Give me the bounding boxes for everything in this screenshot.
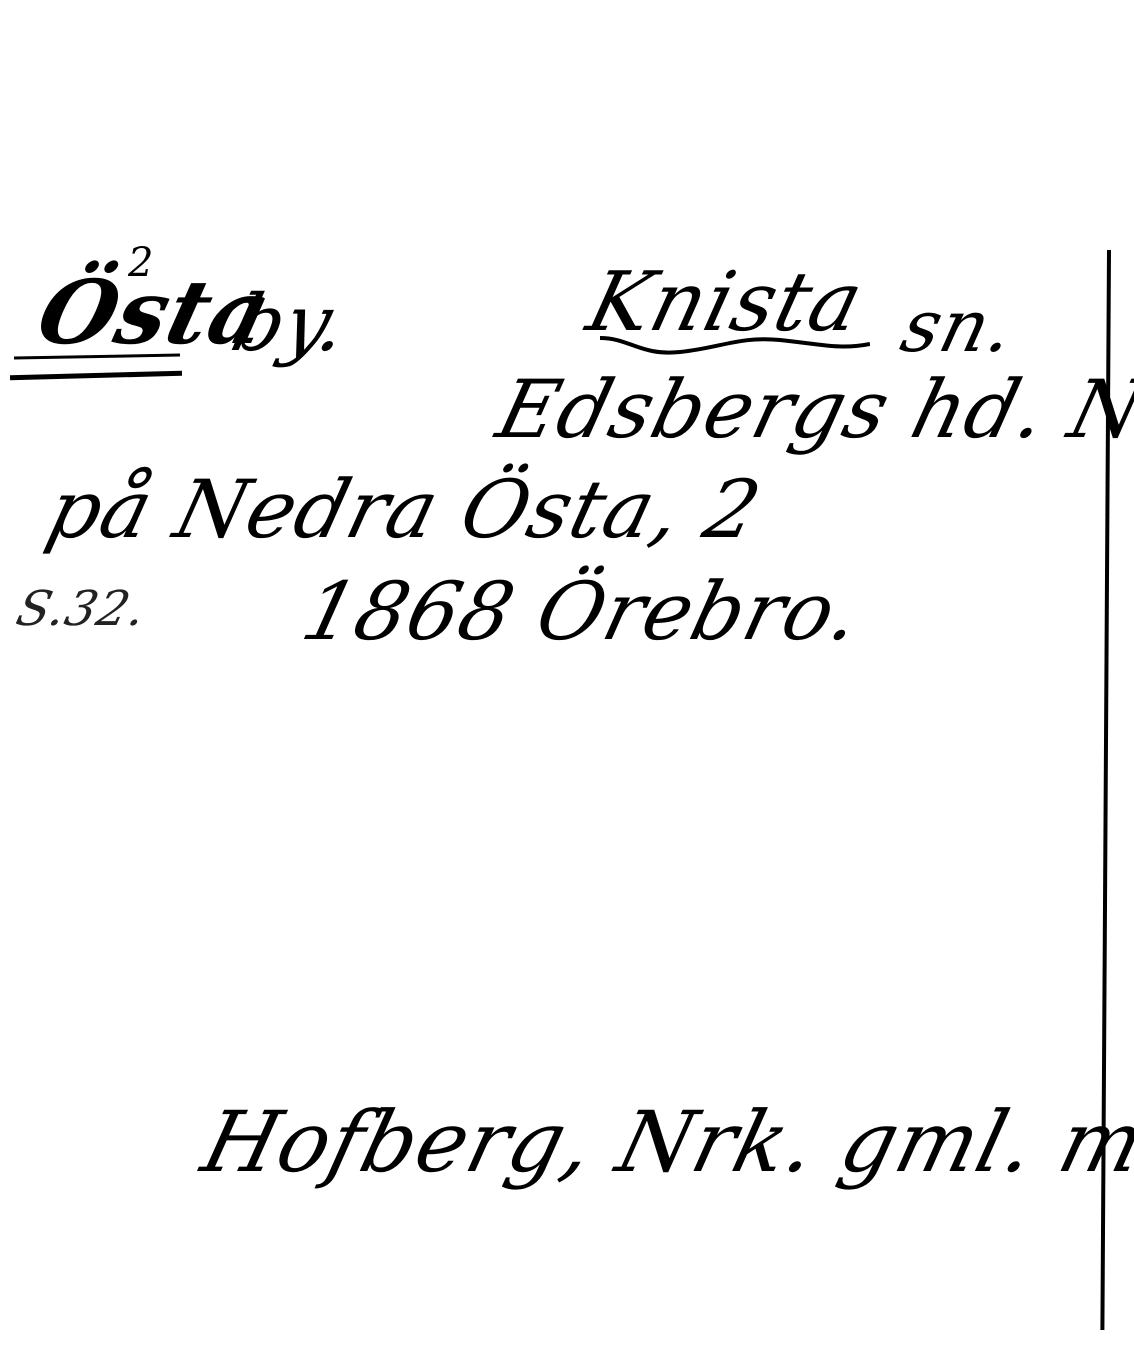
- source-citation: Hofberg, Nrk. gml. minnen.: [195, 1100, 1134, 1184]
- location-line: på Nedra Östa, 2: [40, 470, 768, 550]
- heading-double-underline: [10, 371, 182, 381]
- archive-card: Östa 2 by. Knista sn. Edsbergs hd. Nrk. …: [0, 0, 1134, 1348]
- parish-wavy-underline: [600, 330, 870, 360]
- year-and-place: 1868 Örebro.: [295, 572, 869, 652]
- heading-superscript: 2: [128, 240, 153, 286]
- district-line: Edsbergs hd. Nrk.: [490, 370, 1134, 450]
- parish-suffix: sn.: [895, 290, 1022, 362]
- heading-suffix: by.: [225, 285, 356, 363]
- page-reference: S.32.: [12, 585, 152, 633]
